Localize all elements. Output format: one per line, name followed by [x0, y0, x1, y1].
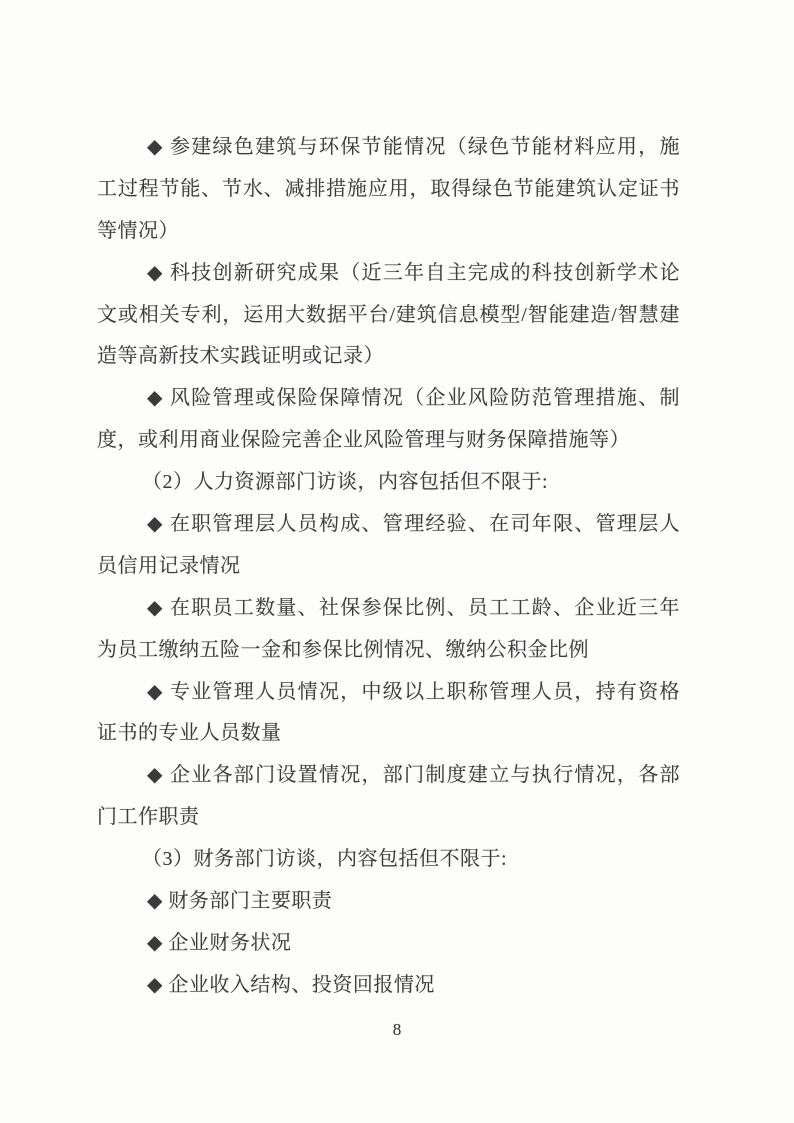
text-line: ◆ 在职员工数量、社保参保比例、员工工龄、企业近三年 — [97, 588, 680, 630]
text-line: 度，或利用商业保险完善企业风险管理与财务保障措施等） — [97, 420, 680, 462]
page-number: 8 — [0, 1018, 794, 1042]
text-line: ◆ 企业收入结构、投资回报情况 — [97, 965, 680, 1007]
text-line: ◆ 参建绿色建筑与环保节能情况（绿色节能材料应用，施 — [97, 127, 680, 169]
text-line: ◆ 专业管理人员情况，中级以上职称管理人员，持有资格 — [97, 672, 680, 714]
text-line: ◆ 在职管理层人员构成、管理经验、在司年限、管理层人 — [97, 504, 680, 546]
text-line: ◆ 科技创新研究成果（近三年自主完成的科技创新学术论 — [97, 253, 680, 295]
text-line: 为员工缴纳五险一金和参保比例情况、缴纳公积金比例 — [97, 630, 680, 672]
text-line: 造等高新技术实践证明或记录） — [97, 336, 680, 378]
text-line: 证书的专业人员数量 — [97, 713, 680, 755]
text-line: 员信用记录情况 — [97, 546, 680, 588]
text-line: ◆ 企业各部门设置情况，部门制度建立与执行情况，各部 — [97, 755, 680, 797]
document-body: ◆ 参建绿色建筑与环保节能情况（绿色节能材料应用，施 工过程节能、节水、减排措施… — [97, 127, 680, 1007]
text-line: ◆ 财务部门主要职责 — [97, 881, 680, 923]
text-line: 等情况） — [97, 211, 680, 253]
section-heading: （3）财务部门访谈，内容包括但不限于: — [97, 839, 680, 881]
text-line: ◆ 企业财务状况 — [97, 923, 680, 965]
document-page: ◆ 参建绿色建筑与环保节能情况（绿色节能材料应用，施 工过程节能、节水、减排措施… — [0, 0, 794, 1123]
text-line: 文或相关专利，运用大数据平台/建筑信息模型/智能建造/智慧建 — [97, 295, 680, 337]
text-line: 门工作职责 — [97, 797, 680, 839]
text-line: 工过程节能、节水、减排措施应用，取得绿色节能建筑认定证书 — [97, 169, 680, 211]
text-line: ◆ 风险管理或保险保障情况（企业风险防范管理措施、制 — [97, 378, 680, 420]
section-heading: （2）人力资源部门访谈，内容包括但不限于: — [97, 462, 680, 504]
